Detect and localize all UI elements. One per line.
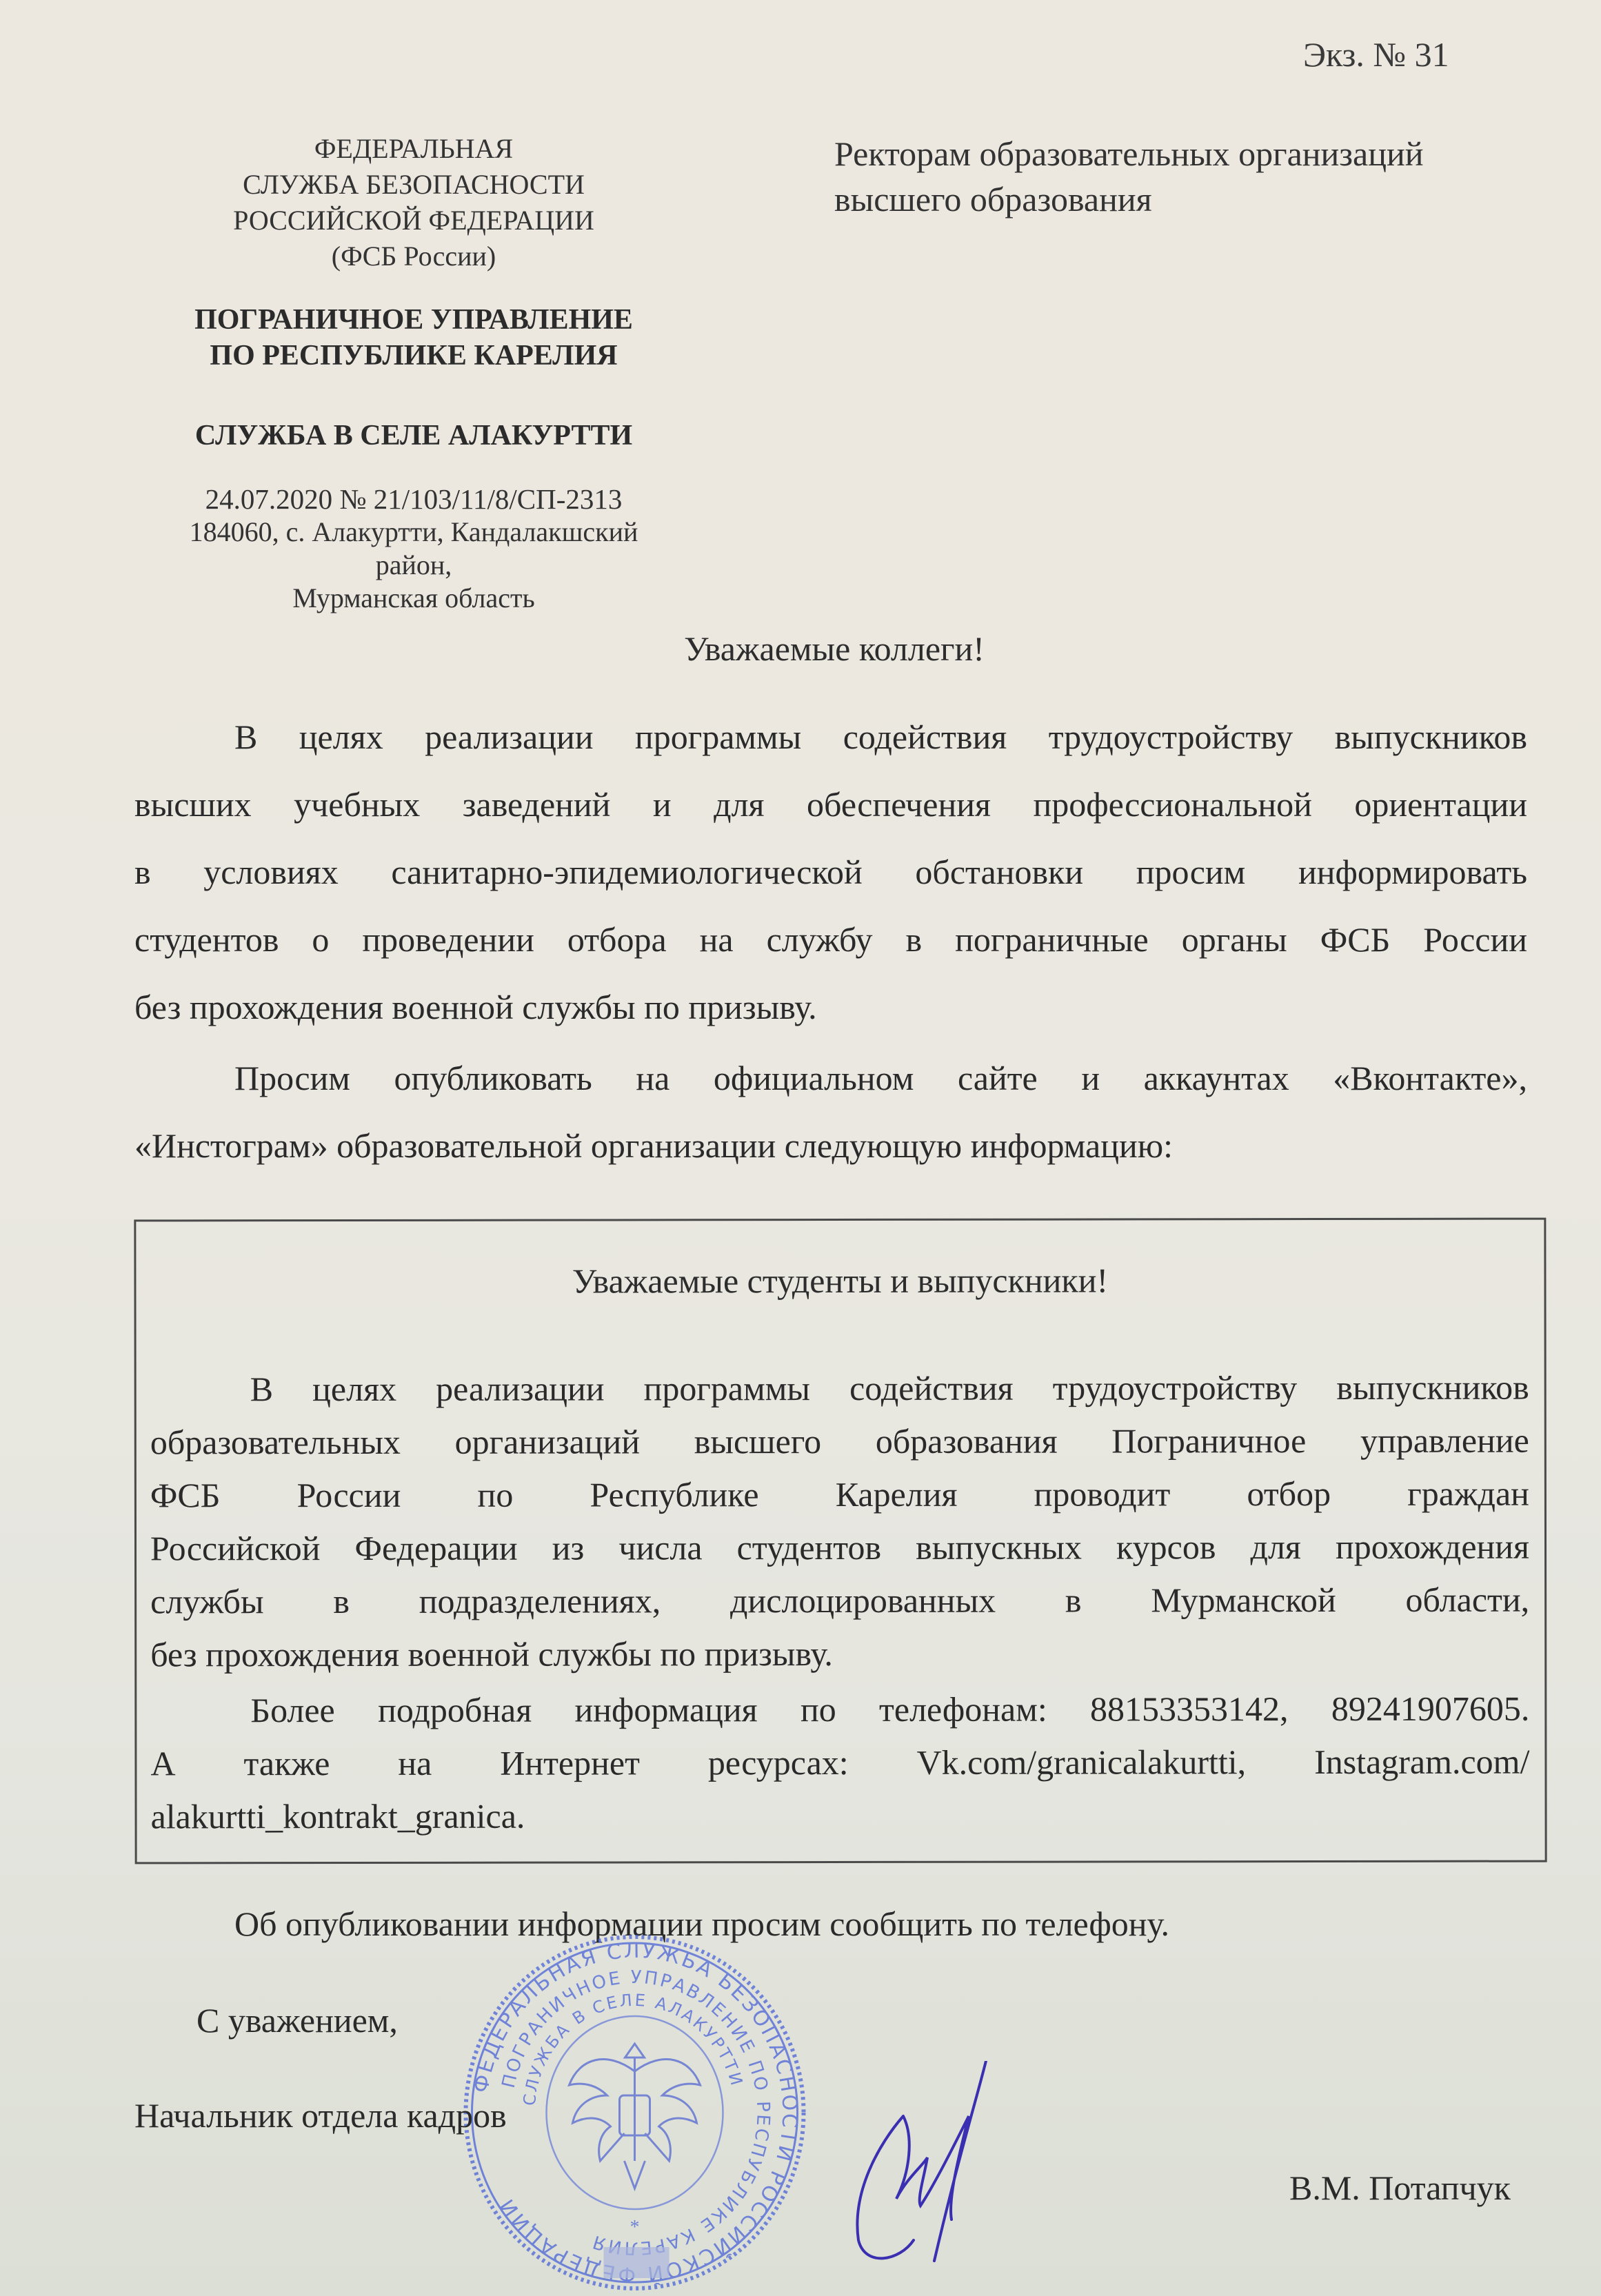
addressee: Ректорам образовательных организаций выс… — [834, 131, 1424, 222]
svg-text:ПОГРАНИЧНОЕ УПРАВЛЕНИЕ ПО РЕСП: ПОГРАНИЧНОЕ УПРАВЛЕНИЕ ПО РЕСПУБЛИКЕ КАР… — [499, 1967, 774, 2258]
sender-reference-block: 24.07.2020 № 21/103/11/8/СП-2313 184060,… — [165, 482, 662, 615]
sender-org-line: РОССИЙСКОЙ ФЕДЕРАЦИИ — [165, 203, 662, 238]
sender-unit: СЛУЖБА В СЕЛЕ АЛАКУРТТИ — [165, 418, 662, 454]
notice-line: В целях реализации программы содействия … — [150, 1361, 1529, 1416]
notice-line: без прохождения военной службы по призыв… — [150, 1627, 1529, 1682]
notice-body: В целях реализации программы содействия … — [150, 1361, 1530, 1844]
sender-organization: ФЕДЕРАЛЬНАЯ СЛУЖБА БЕЗОПАСНОСТИ РОССИЙСК… — [165, 131, 662, 274]
copy-number: Экз. № 31 — [1303, 34, 1449, 74]
notice-line: образовательных организаций высшего обра… — [150, 1414, 1529, 1470]
handwritten-signature-icon — [838, 2061, 1058, 2268]
body-line: В целях реализации программы содействия … — [134, 703, 1527, 771]
body-line: Просим опубликовать на официальном сайте… — [134, 1044, 1527, 1112]
svg-text:*: * — [630, 2217, 640, 2238]
addressee-line: высшего образования — [834, 176, 1424, 222]
body-line: высших учебных заведений и для обеспечен… — [134, 771, 1527, 838]
body-line: студентов о проведении отбора на службу … — [134, 906, 1527, 973]
body-paragraph-2: Просим опубликовать на официальном сайте… — [134, 1044, 1527, 1179]
notice-phones-line: Более подробная информация по телефонам:… — [150, 1683, 1529, 1738]
sender-address-line: Мурманская область — [165, 582, 662, 615]
sender-department: ПОГРАНИЧНОЕ УПРАВЛЕНИЕ ПО РЕСПУБЛИКЕ КАР… — [165, 302, 662, 374]
body-line: в условиях санитарно-эпидемиологической … — [134, 838, 1527, 906]
body-paragraph-1: В целях реализации программы содействия … — [134, 703, 1527, 1041]
notice-links-line: А также на Интернет ресурсах: Vk.com/gra… — [150, 1736, 1529, 1791]
addressee-line: Ректорам образовательных организаций — [834, 131, 1424, 176]
notice-line: ФСБ России по Республике Карелия проводи… — [150, 1467, 1529, 1523]
notice-title: Уважаемые студенты и выпускники! — [136, 1260, 1544, 1302]
signer-name: В.М. Потапчук — [1289, 2168, 1511, 2208]
sender-department-line: ПОГРАНИЧНОЕ УПРАВЛЕНИЕ — [165, 302, 662, 338]
notice-line: Российской Федерации из числа студентов … — [150, 1521, 1529, 1576]
reference-number: 24.07.2020 № 21/103/11/8/СП-2313 — [165, 482, 662, 516]
regards: С уважением, — [197, 2000, 398, 2040]
body-line: без прохождения военной службы по призыв… — [134, 973, 1527, 1041]
sender-department-line: ПО РЕСПУБЛИКЕ КАРЕЛИЯ — [165, 338, 662, 374]
sender-org-line: ФЕДЕРАЛЬНАЯ — [165, 131, 662, 167]
notice-links-line: alakurtti_kontrakt_granica. — [151, 1789, 1530, 1844]
letter-page: Экз. № 31 ФЕДЕРАЛЬНАЯ СЛУЖБА БЕЗОПАСНОСТ… — [0, 0, 1601, 2296]
body-line: «Инстограм» образовательной организации … — [134, 1112, 1527, 1179]
notice-box: Уважаемые студенты и выпускники! В целях… — [134, 1218, 1547, 1865]
sender-org-line: СЛУЖБА БЕЗОПАСНОСТИ — [165, 167, 662, 203]
signer-position: Начальник отдела кадров — [134, 2095, 507, 2135]
sender-address-line: 184060, с. Алакуртти, Кандалакшский райо… — [165, 516, 662, 582]
salutation: Уважаемые коллеги! — [0, 629, 1601, 669]
official-stamp-icon: ФЕДЕРАЛЬНАЯ СЛУЖБА БЕЗОПАСНОСТИ РОССИЙСК… — [461, 1933, 809, 2292]
notice-line: службы в подразделениях, дислоцированных… — [150, 1574, 1529, 1629]
sender-org-line: (ФСБ России) — [165, 238, 662, 274]
